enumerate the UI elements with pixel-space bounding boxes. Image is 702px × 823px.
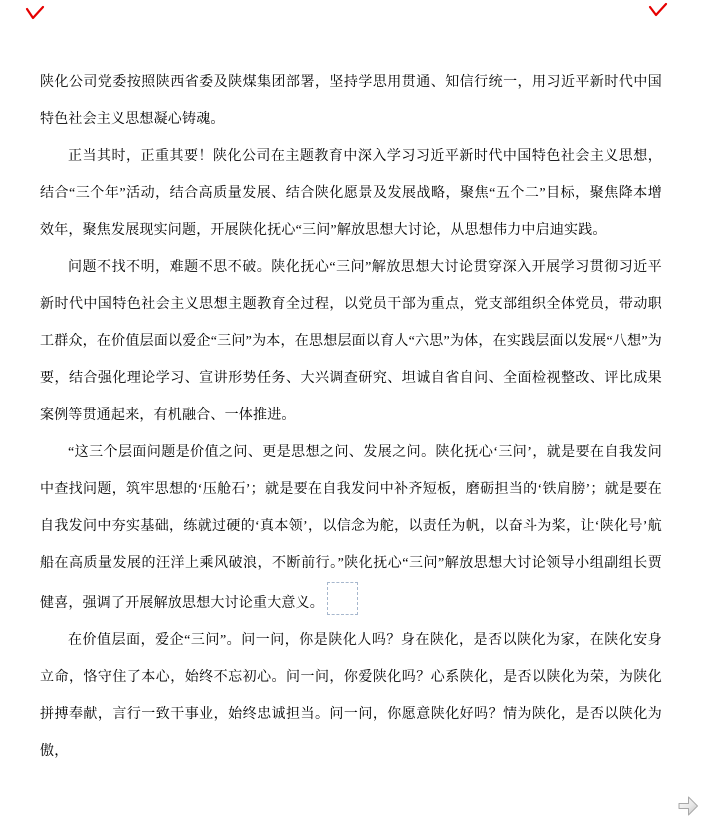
paragraph: 问题不找不明，难题不思不破。陕化抚心“三问”解放思想大讨论贯穿深入开展学习贯彻习… — [40, 249, 662, 434]
paragraph: “这三个层面问题是价值之问、更是思想之问、发展之问。陕化抚心‘三问’，就是要在自… — [40, 434, 662, 622]
paragraph: 在价值层面，爱企“三问”。问一问，你是陕化人吗？身在陕化，是否以陕化为家，在陕化… — [40, 622, 662, 770]
document-page: 陕化公司党委按照陕西省委及陕煤集团部署，坚持学思用贯通、知信行统一，用习近平新时… — [0, 0, 702, 823]
document-body: 陕化公司党委按照陕西省委及陕煤集团部署，坚持学思用贯通、知信行统一，用习近平新时… — [40, 64, 662, 770]
paragraph: 陕化公司党委按照陕西省委及陕煤集团部署，坚持学思用贯通、知信行统一，用习近平新时… — [40, 64, 662, 138]
paragraph: 正当其时，正重其要！陕化公司在主题教育中深入学习习近平新时代中国特色社会主义思想… — [40, 138, 662, 249]
empty-anchor-placeholder-box[interactable] — [327, 582, 358, 615]
red-proof-mark-top-left-icon — [25, 5, 45, 21]
next-page-arrow-icon[interactable] — [676, 793, 700, 819]
red-proof-mark-top-right-icon — [648, 2, 668, 18]
